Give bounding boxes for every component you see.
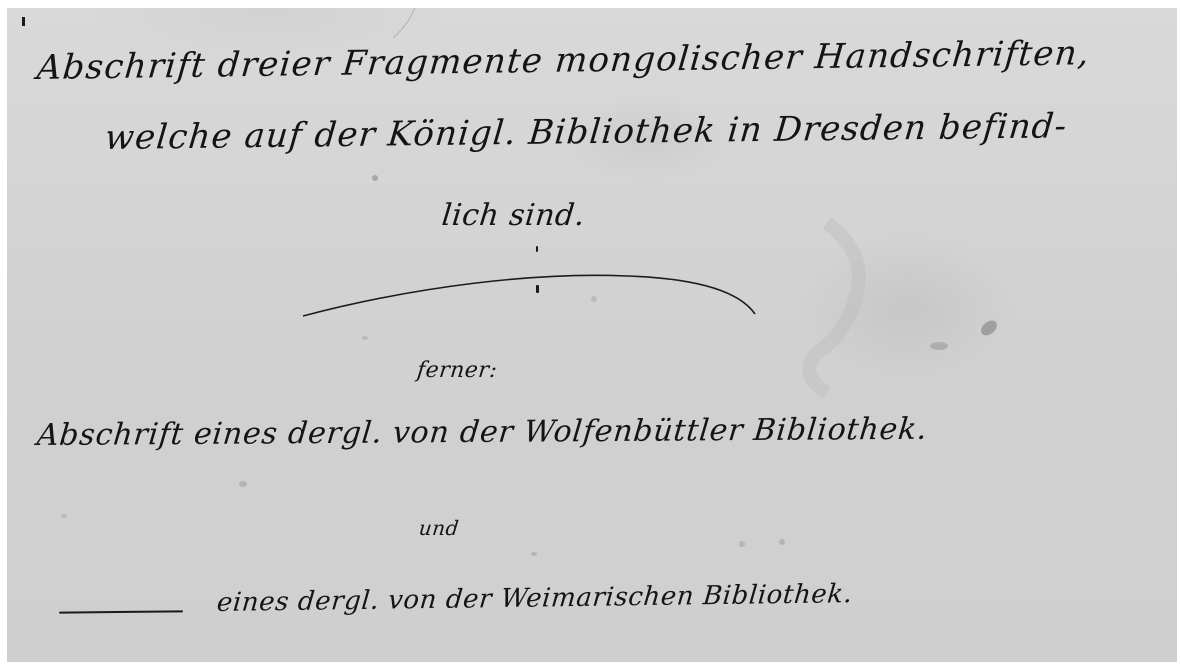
page-frame: Abschrift dreier Fragmente mongolischer … [0,0,1180,666]
ink-tick [536,285,539,293]
ink-tick [536,246,538,252]
manuscript-line-5: Abschrift eines dergl. von der Wolfenbüt… [35,412,929,453]
manuscript-line-6: und [418,516,461,540]
manuscript-line-4: ferner: [416,358,499,383]
manuscript-line-3: lich sind. [440,198,587,233]
manuscript-page: Abschrift dreier Fragmente mongolischer … [7,8,1177,662]
corner-mark [22,17,25,26]
divider-arc [297,266,767,326]
